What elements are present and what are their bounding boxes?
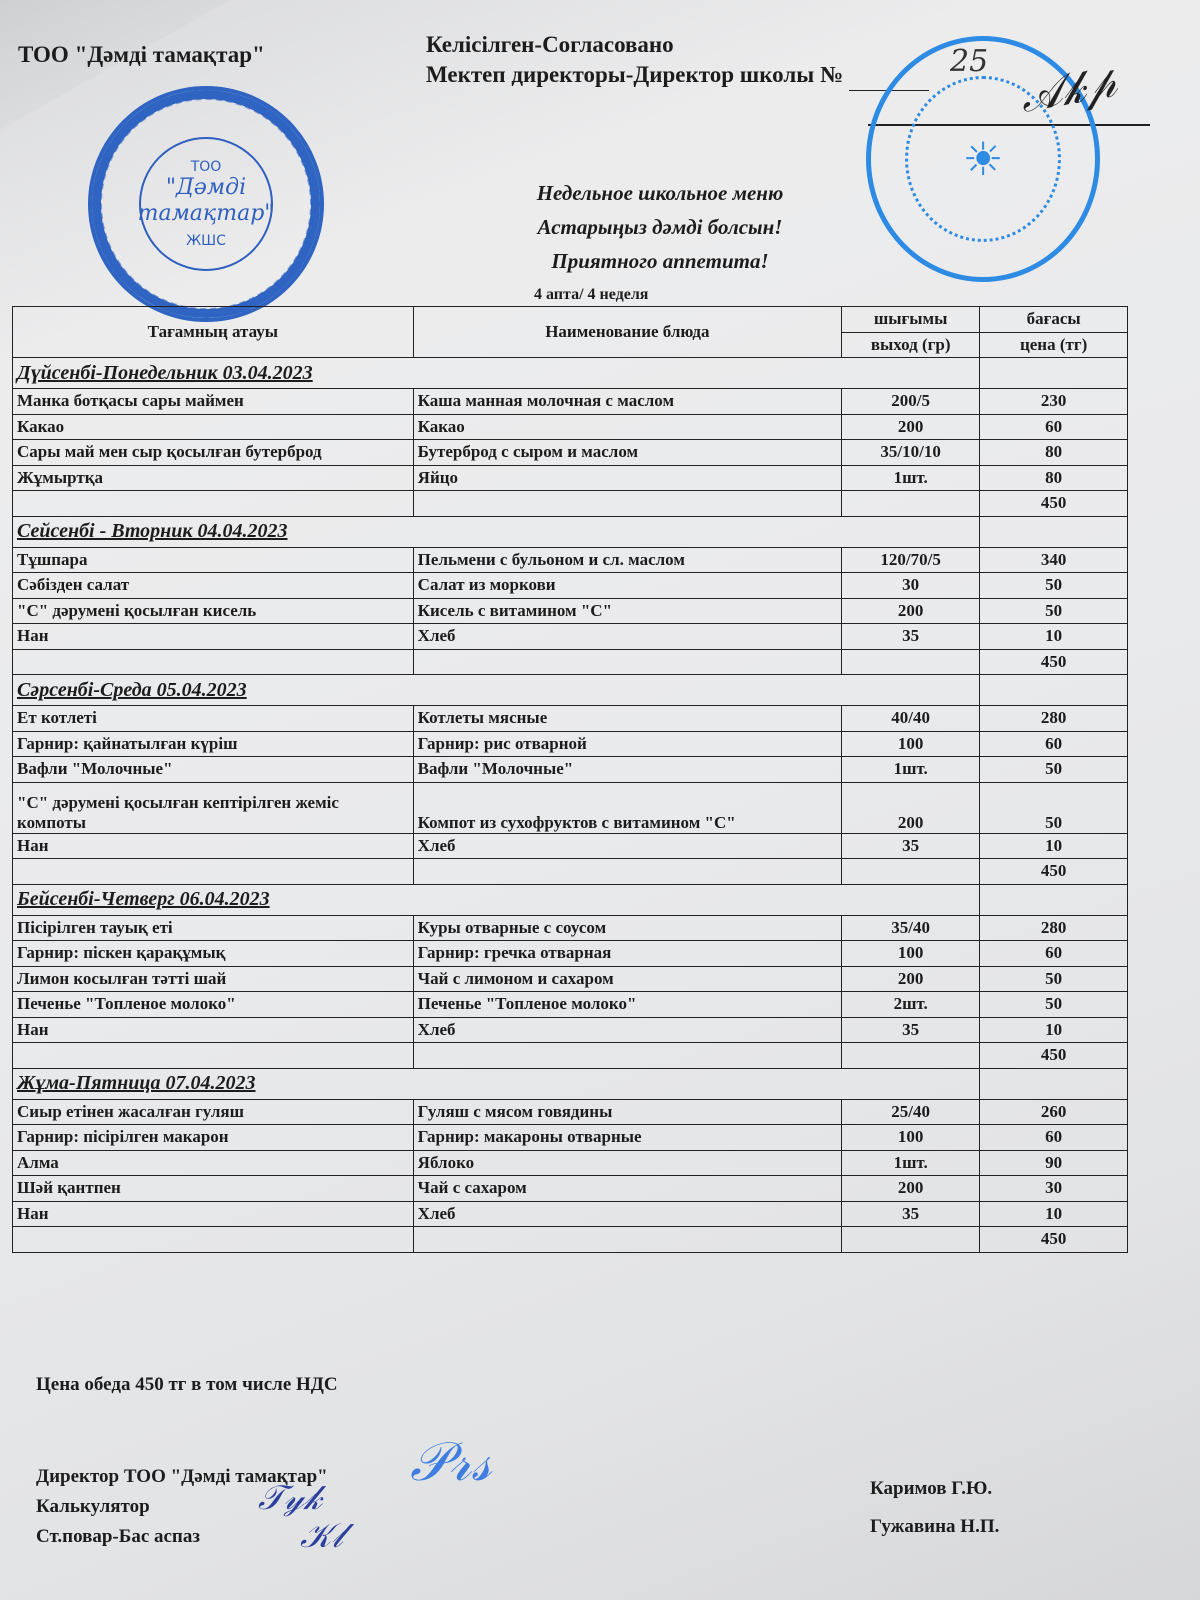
dish-kz: Нан [13,1017,414,1043]
day-row: Жұма-Пятница 07.04.2023 [13,1068,1128,1099]
dish-ru: Хлеб [413,624,841,650]
day-price-blank [980,1068,1128,1099]
table-row: НанХлеб3510 [13,833,1128,859]
total-blank [842,859,980,885]
dish-yield: 35 [842,833,980,859]
stamp-ring [100,98,312,310]
dish-ru: Куры отварные с соусом [413,915,841,941]
dish-yield: 200 [842,782,980,833]
dish-yield: 200 [842,414,980,440]
dish-kz: Алма [13,1150,414,1176]
day-price-blank [980,516,1128,547]
dish-yield: 35 [842,1017,980,1043]
dish-price: 50 [980,782,1128,833]
total-row: 450 [13,649,1128,675]
dish-kz: Нан [13,1201,414,1227]
total-row: 450 [13,1043,1128,1069]
dish-yield: 200 [842,966,980,992]
dish-kz: Гарнир: қайнатылған күріш [13,731,414,757]
day-row: Бейсенбі-Четверг 06.04.2023 [13,884,1128,915]
price-note: Цена обеда 450 тг в том числе НДС [36,1374,338,1396]
dish-yield: 40/40 [842,706,980,732]
day-title: Сейсенбі - Вторник 04.04.2023 [13,516,980,547]
dish-kz: Манка ботқасы сары маймен [13,389,414,415]
table-row: Шәй қантпенЧай с сахаром20030 [13,1176,1128,1202]
menu-titles: Недельное школьное меню Астарыңыз дәмді … [500,176,820,278]
total-blank [13,859,414,885]
dish-yield: 35 [842,1201,980,1227]
day-total: 450 [980,859,1128,885]
dish-yield: 1шт. [842,465,980,491]
total-blank [413,491,841,517]
director-signature-icon: 𝒫𝓇𝓈 [410,1430,491,1494]
dish-price: 10 [980,624,1128,650]
signatory-names: Каримов Г.Ю. Гужавина Н.П. [870,1470,999,1546]
dish-price: 50 [980,757,1128,783]
total-blank [413,1227,841,1253]
day-title: Бейсенбі-Четверг 06.04.2023 [13,884,980,915]
school-number-handwritten: 25 [950,44,988,79]
total-blank [842,1043,980,1069]
dish-kz: Нан [13,624,414,650]
header-yield-kz: шығымы [842,307,980,333]
dish-ru: Компот из сухофруктов с витамином "С" [413,782,841,833]
dish-yield: 200/5 [842,389,980,415]
table-row: ЖұмыртқаЯйцо1шт.80 [13,465,1128,491]
director-label: Мектеп директоры-Директор школы № [426,60,929,91]
dish-ru: Печенье "Топленое молоко" [413,992,841,1018]
table-row: Гарнир: қайнатылған күрішГарнир: рис отв… [13,731,1128,757]
greeting-kz: Астарыңыз дәмді болсын! [500,210,820,244]
header-ru-name: Наименование блюда [413,307,841,358]
dish-price: 280 [980,915,1128,941]
dish-kz: Тұшпара [13,547,414,573]
total-blank [13,491,414,517]
dish-yield: 2шт. [842,992,980,1018]
dish-kz: Пісірілген тауық еті [13,915,414,941]
dish-price: 90 [980,1150,1128,1176]
dish-kz: Лимон косылған тәтті шай [13,966,414,992]
table-row: НанХлеб3510 [13,624,1128,650]
total-row: 450 [13,1227,1128,1253]
dish-yield: 25/40 [842,1099,980,1125]
dish-kz: Какао [13,414,414,440]
greeting-ru: Приятного аппетита! [500,244,820,278]
dish-yield: 35/40 [842,915,980,941]
total-blank [842,649,980,675]
dish-price: 10 [980,1201,1128,1227]
table-row: Манка ботқасы сары майменКаша манная мол… [13,389,1128,415]
dish-kz: Гарнир: піскен қарақұмық [13,941,414,967]
day-price-blank [980,358,1128,389]
table-row: Гарнир: піскен қарақұмықГарнир: гречка о… [13,941,1128,967]
dish-yield: 1шт. [842,1150,980,1176]
dish-yield: 100 [842,731,980,757]
dish-ru: Гарнир: рис отварной [413,731,841,757]
table-row: АлмаЯблоко1шт.90 [13,1150,1128,1176]
dish-kz: Печенье "Топленое молоко" [13,992,414,1018]
day-row: Сәрсенбі-Среда 05.04.2023 [13,675,1128,706]
table-row: НанХлеб3510 [13,1201,1128,1227]
dish-ru: Чай с лимоном и сахаром [413,966,841,992]
dish-ru: Чай с сахаром [413,1176,841,1202]
header-yield-ru: выход (гр) [842,332,980,358]
table-row: "С" дәрумені қосылған кисельКисель с вит… [13,598,1128,624]
table-row: Сәбізден салатСалат из моркови3050 [13,573,1128,599]
total-blank [13,1043,414,1069]
dish-ru: Яблоко [413,1150,841,1176]
day-total: 450 [980,649,1128,675]
dish-kz: "С" дәрумені қосылған кептірілген жеміс … [13,782,414,833]
day-price-blank [980,675,1128,706]
approval-block: Келісілген-Согласовано Мектеп директоры-… [426,30,929,91]
dish-price: 60 [980,414,1128,440]
dish-ru: Пельмени с бульоном и сл. маслом [413,547,841,573]
dish-kz: Ет котлеті [13,706,414,732]
dish-ru: Гарнир: макароны отварные [413,1125,841,1151]
table-row: Вафли "Молочные"Вафли "Молочные"1шт.50 [13,757,1128,783]
menu-table: Тағамның атауы Наименование блюда шығымы… [12,306,1128,1253]
menu-title: Недельное школьное меню [500,176,820,210]
dish-ru: Какао [413,414,841,440]
dish-ru: Хлеб [413,833,841,859]
table-row: НанХлеб3510 [13,1017,1128,1043]
day-total: 450 [980,491,1128,517]
dish-price: 50 [980,992,1128,1018]
dish-ru: Гарнир: гречка отварная [413,941,841,967]
dish-yield: 35 [842,624,980,650]
dish-price: 30 [980,1176,1128,1202]
total-blank [13,649,414,675]
total-blank [13,1227,414,1253]
day-row: Сейсенбі - Вторник 04.04.2023 [13,516,1128,547]
approval-label: Келісілген-Согласовано [426,30,929,60]
dish-ru: Хлеб [413,1017,841,1043]
dish-kz: Сиыр етінен жасалған гуляш [13,1099,414,1125]
dish-price: 50 [980,966,1128,992]
dish-price: 340 [980,547,1128,573]
name-chef: Гужавина Н.П. [870,1508,999,1546]
dish-price: 80 [980,465,1128,491]
dish-ru: Кисель с витамином "С" [413,598,841,624]
day-title: Жұма-Пятница 07.04.2023 [13,1068,980,1099]
name-director: Каримов Г.Ю. [870,1470,999,1508]
dish-yield: 120/70/5 [842,547,980,573]
dish-ru: Котлеты мясные [413,706,841,732]
dish-ru: Бутерброд с сыром и маслом [413,440,841,466]
header-price-ru: цена (тг) [980,332,1128,358]
table-row: КакаоКакао20060 [13,414,1128,440]
dish-price: 60 [980,1125,1128,1151]
company-stamp: ТОО "Дәмді тамақтар" ЖШС [88,86,324,322]
table-row: Сиыр етінен жасалған гуляшГуляш с мясом … [13,1099,1128,1125]
dish-kz: Нан [13,833,414,859]
table-row: Печенье "Топленое молоко"Печенье "Топлен… [13,992,1128,1018]
total-blank [413,859,841,885]
dish-price: 50 [980,598,1128,624]
calculator-signature-icon: 𝒯𝓎𝓀 [258,1478,322,1518]
dish-yield: 100 [842,1125,980,1151]
dish-yield: 30 [842,573,980,599]
table-row: Лимон косылған тәтті шайЧай с лимоном и … [13,966,1128,992]
day-total: 450 [980,1227,1128,1253]
week-label: 4 апта/ 4 неделя [534,286,648,304]
dish-price: 80 [980,440,1128,466]
table-row: Гарнир: пісірілген макаронГарнир: макаро… [13,1125,1128,1151]
day-price-blank [980,884,1128,915]
total-blank [842,491,980,517]
chef-signature-icon: 𝒦𝓁 [300,1516,343,1556]
dish-kz: Вафли "Молочные" [13,757,414,783]
dish-yield: 200 [842,598,980,624]
total-row: 450 [13,859,1128,885]
table-row: Ет котлетіКотлеты мясные40/40280 [13,706,1128,732]
dish-price: 280 [980,706,1128,732]
company-name: ТОО "Дәмді тамақтар" [18,42,265,68]
dish-ru: Вафли "Молочные" [413,757,841,783]
dish-price: 50 [980,573,1128,599]
total-blank [842,1227,980,1253]
day-title: Сәрсенбі-Среда 05.04.2023 [13,675,980,706]
total-blank [413,1043,841,1069]
dish-yield: 1шт. [842,757,980,783]
dish-kz: Гарнир: пісірілген макарон [13,1125,414,1151]
day-total: 450 [980,1043,1128,1069]
header-kz-name: Тағамның атауы [13,307,414,358]
dish-ru: Каша манная молочная с маслом [413,389,841,415]
dish-yield: 35/10/10 [842,440,980,466]
dish-ru: Хлеб [413,1201,841,1227]
dish-price: 230 [980,389,1128,415]
dish-price: 60 [980,731,1128,757]
table-row: Пісірілген тауық етіКуры отварные с соус… [13,915,1128,941]
dish-price: 260 [980,1099,1128,1125]
dish-yield: 100 [842,941,980,967]
dish-ru: Яйцо [413,465,841,491]
day-row: Дүйсенбі-Понедельник 03.04.2023 [13,358,1128,389]
role-chef: Ст.повар-Бас аспаз [36,1522,328,1552]
table-row: Сары май мен сыр қосылған бутербродБутер… [13,440,1128,466]
dish-kz: "С" дәрумені қосылған кисель [13,598,414,624]
dish-ru: Гуляш с мясом говядины [413,1099,841,1125]
dish-price: 10 [980,1017,1128,1043]
total-blank [413,649,841,675]
dish-kz: Сәбізден салат [13,573,414,599]
total-row: 450 [13,491,1128,517]
menu-body: Дүйсенбі-Понедельник 03.04.2023Манка бот… [13,358,1128,1253]
header-price-kz: бағасы [980,307,1128,333]
dish-kz: Сары май мен сыр қосылған бутерброд [13,440,414,466]
dish-yield: 200 [842,1176,980,1202]
table-row: ТұшпараПельмени с бульоном и сл. маслом1… [13,547,1128,573]
table-row: "С" дәрумені қосылған кептірілген жеміс … [13,782,1128,833]
dish-price: 60 [980,941,1128,967]
dish-kz: Жұмыртқа [13,465,414,491]
dish-price: 10 [980,833,1128,859]
dish-kz: Шәй қантпен [13,1176,414,1202]
day-title: Дүйсенбі-Понедельник 03.04.2023 [13,358,980,389]
dish-ru: Салат из моркови [413,573,841,599]
